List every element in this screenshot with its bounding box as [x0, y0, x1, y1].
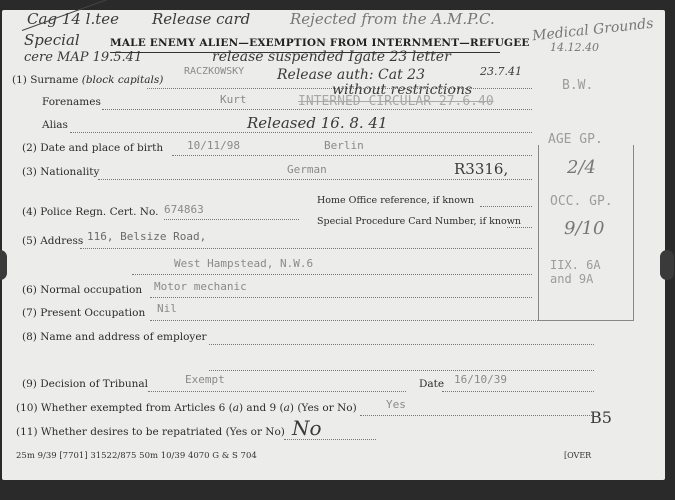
nationality-line [98, 179, 532, 180]
address-line-1 [80, 248, 532, 249]
exempted-label: (10) Whether exempted from Articles 6 (a… [16, 402, 357, 414]
tribunal-value: Exempt [185, 373, 225, 386]
forenames-line [102, 109, 532, 110]
form-title: MALE ENEMY ALIEN—EXEMPTION FROM INTERNME… [110, 37, 530, 49]
police-line [164, 219, 299, 220]
annotation-release-auth-date: 23.7.41 [480, 65, 522, 78]
released-annotation: Released 16. 8. 41 [247, 114, 388, 132]
present-occupation-label: (7) Present Occupation [22, 307, 145, 319]
registration-card: Cag 14 l.tee Release card Rejected from … [2, 10, 665, 480]
normal-occupation-label: (6) Normal occupation [22, 284, 142, 296]
nationality-value: German [287, 163, 327, 176]
special-procedure-label: Special Procedure Card Number, if known [317, 216, 521, 227]
punch-hole-right [660, 250, 674, 280]
surname-line [147, 88, 532, 89]
alias-line [70, 132, 532, 133]
over-marker: [OVER [564, 451, 591, 460]
annotation-special: Special [24, 31, 80, 49]
police-label: (4) Police Regn. Cert. No. [22, 206, 158, 218]
bw-stamp: B.W. [562, 78, 593, 93]
b5-annotation: B5 [590, 408, 612, 427]
tribunal-date-line [442, 391, 594, 392]
normal-occupation-line [150, 297, 532, 298]
present-occupation-value: Nil [157, 302, 177, 315]
annotation-release-card: Release card [152, 10, 250, 28]
present-occupation-line [150, 320, 542, 321]
employer-label: (8) Name and address of employer [22, 331, 207, 343]
print-code: 25m 9/39 [7701] 31522/875 50m 10/39 4070… [16, 451, 257, 461]
classification-box [538, 145, 634, 321]
tribunal-line [148, 391, 406, 392]
tribunal-date-value: 16/10/39 [454, 373, 507, 386]
repatriated-label: (11) Whether desires to be repatriated (… [16, 426, 285, 438]
address-label: (5) Address [22, 235, 83, 247]
employer-line-1 [209, 344, 594, 345]
employer-line-2 [209, 370, 594, 371]
punch-hole-left [0, 250, 7, 280]
annotation-release-auth: Release auth: Cat 23 [277, 67, 425, 83]
repatriated-value: No [292, 416, 322, 440]
birth-date-value: 10/11/98 [187, 139, 240, 152]
interned-circular-stamp: INTERNED CIRCULAR 27.6.40 [298, 94, 494, 109]
home-office-label: Home Office reference, if known [317, 195, 474, 206]
address-line1-value: 116, Belsize Road, [87, 230, 206, 243]
tribunal-date-label: Date [419, 378, 444, 390]
annotation-medical-date: 14.12.40 [550, 41, 599, 54]
home-office-line [480, 206, 532, 207]
r-number-annotation: R3316, [454, 160, 508, 178]
surname-label: (1) Surname (block capitals) [12, 74, 163, 86]
forenames-label: Forenames [42, 96, 101, 108]
surname-value: RACZKOWSKY [184, 66, 244, 77]
annotation-rejected: Rejected from the A.M.P.C. [290, 10, 495, 28]
address-line2-value: West Hampstead, N.W.6 [174, 257, 313, 270]
exempted-value: Yes [386, 398, 406, 411]
annotation-cat: Cag 14 l.tee [27, 10, 119, 28]
exempted-line [360, 415, 594, 416]
normal-occupation-value: Motor mechanic [154, 280, 247, 293]
birth-label: (2) Date and place of birth [22, 142, 163, 154]
forenames-value: Kurt [220, 93, 247, 106]
police-value: 674863 [164, 203, 204, 216]
birth-place-value: Berlin [324, 139, 364, 152]
birth-line [172, 155, 532, 156]
annotation-release-suspended: release suspended Igate 23 letter [212, 49, 451, 65]
tribunal-label: (9) Decision of Tribunal [22, 378, 148, 390]
nationality-label: (3) Nationality [22, 166, 99, 178]
special-procedure-line [507, 227, 532, 228]
address-line-2 [132, 274, 532, 275]
alias-label: Alias [42, 119, 68, 131]
